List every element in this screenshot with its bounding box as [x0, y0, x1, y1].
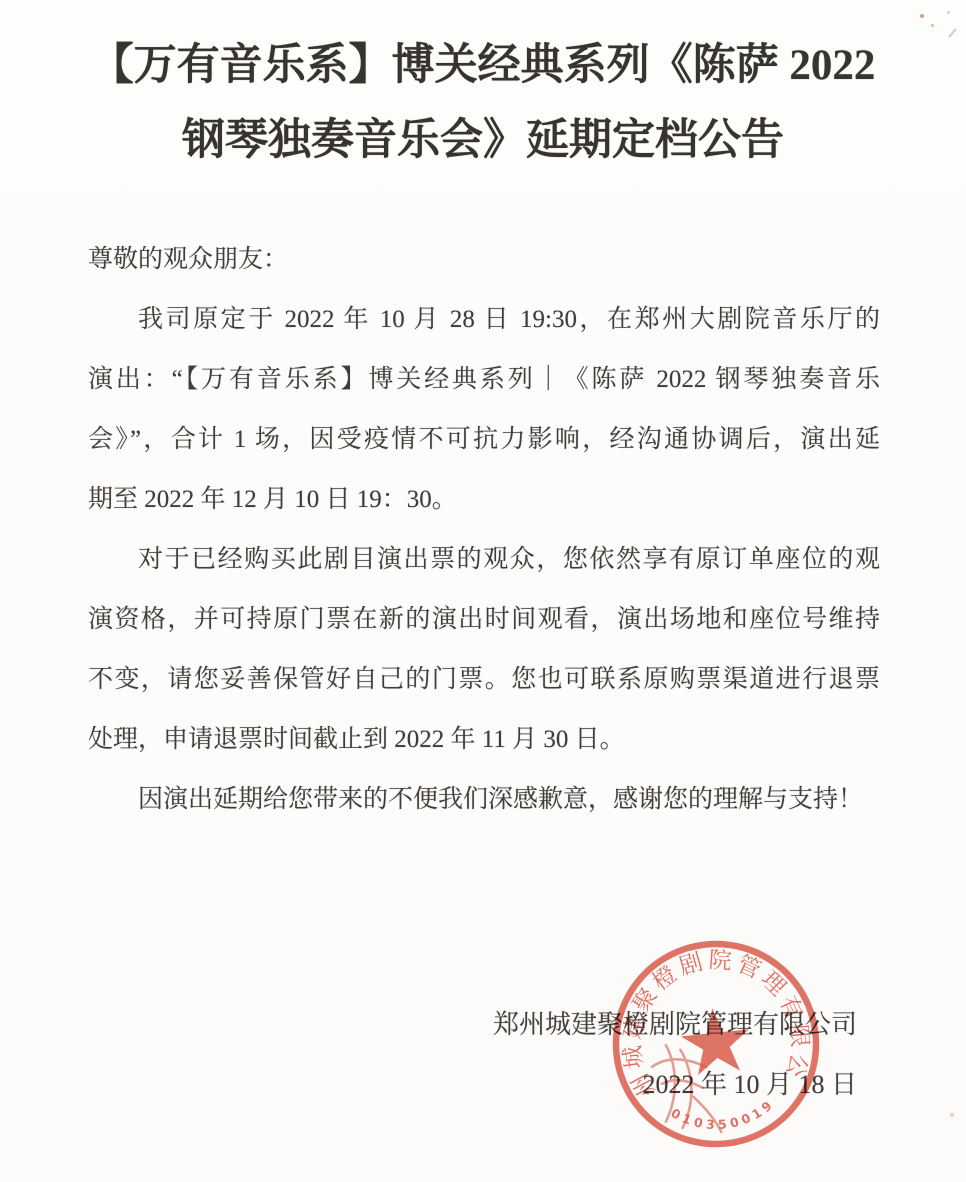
announcement-document: 【万有音乐系】博关经典系列《陈萨 2022 钢琴独奏音乐会》延期定档公告 尊敬的…	[0, 0, 966, 1182]
paragraph-1-line-2: 演出：“【万有音乐系】博关经典系列｜《陈萨 2022 钢琴独奏音乐	[88, 350, 880, 410]
company-name: 郑州城建聚橙剧院管理有限公司	[493, 995, 857, 1055]
paragraph-2-line-2: 演资格，并可持原门票在新的演出时间观看，演出场地和座位号维持	[88, 590, 880, 650]
document-title: 【万有音乐系】博关经典系列《陈萨 2022 钢琴独奏音乐会》延期定档公告	[0, 0, 966, 178]
paragraph-2-line-1: 对于已经购买此剧目演出票的观众，您依然享有原订单座位的观	[88, 530, 880, 590]
scan-speck	[931, 24, 934, 27]
signature-date: 2022 年 10 月 18 日	[493, 1055, 857, 1115]
greeting: 尊敬的观众朋友：	[88, 230, 880, 290]
paragraph-2-line-4: 处理，申请退票时间截止到 2022 年 11 月 30 日。	[88, 710, 880, 770]
paragraph-1-line-4: 期至 2022 年 12 月 10 日 19：30。	[88, 470, 880, 530]
title-line-2: 钢琴独奏音乐会》延期定档公告	[0, 103, 966, 178]
scan-speck	[947, 11, 950, 14]
document-body: 尊敬的观众朋友： 我司原定于 2022 年 10 月 28 日 19:30，在郑…	[0, 230, 966, 830]
title-line-1: 【万有音乐系】博关经典系列《陈萨 2022	[0, 28, 966, 103]
scan-speck	[950, 1113, 954, 1117]
paragraph-1-line-3: 会》”，合计 1 场，因受疫情不可抗力影响，经沟通协调后，演出延	[88, 410, 880, 470]
signature-block: 郑州城建聚橙剧院管理有限公司 2022 年 10 月 18 日	[493, 995, 857, 1115]
paragraph-2-line-3: 不变，请您妥善保管好自己的门票。您也可联系原购票渠道进行退票	[88, 650, 880, 710]
paragraph-1-line-1: 我司原定于 2022 年 10 月 28 日 19:30，在郑州大剧院音乐厅的	[88, 290, 880, 350]
scan-speck	[920, 14, 924, 18]
paragraph-3-line-1: 因演出延期给您带来的不便我们深感歉意，感谢您的理解与支持！	[88, 770, 880, 830]
